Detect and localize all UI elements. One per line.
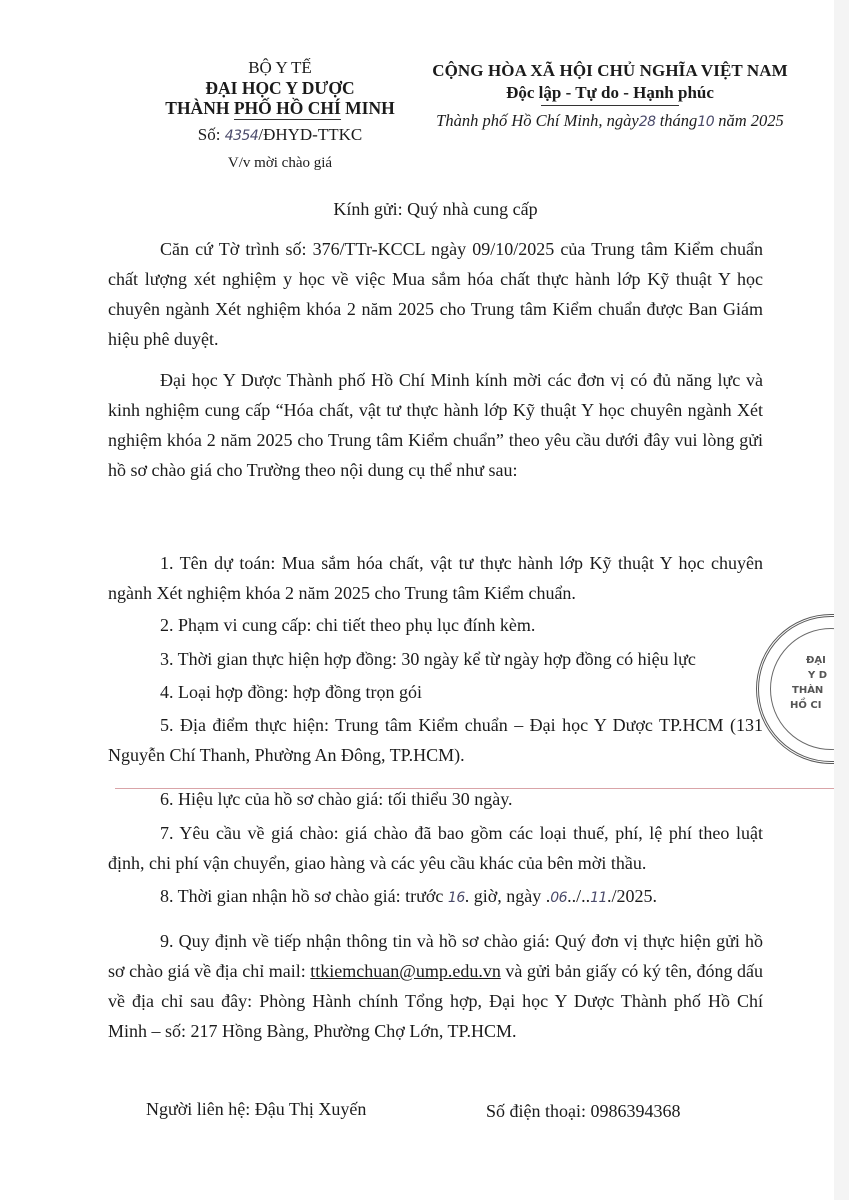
stamp-line-4: HỒ CI	[790, 699, 821, 712]
stamp-line-2: Y D	[808, 669, 827, 682]
official-stamp: ĐẠI Y D THÀN HỒ CI	[0, 0, 834, 1200]
stamp-line-1: ĐẠI	[806, 654, 826, 667]
stamp-line-3: THÀN	[792, 684, 823, 697]
scan-margin	[834, 0, 849, 1200]
